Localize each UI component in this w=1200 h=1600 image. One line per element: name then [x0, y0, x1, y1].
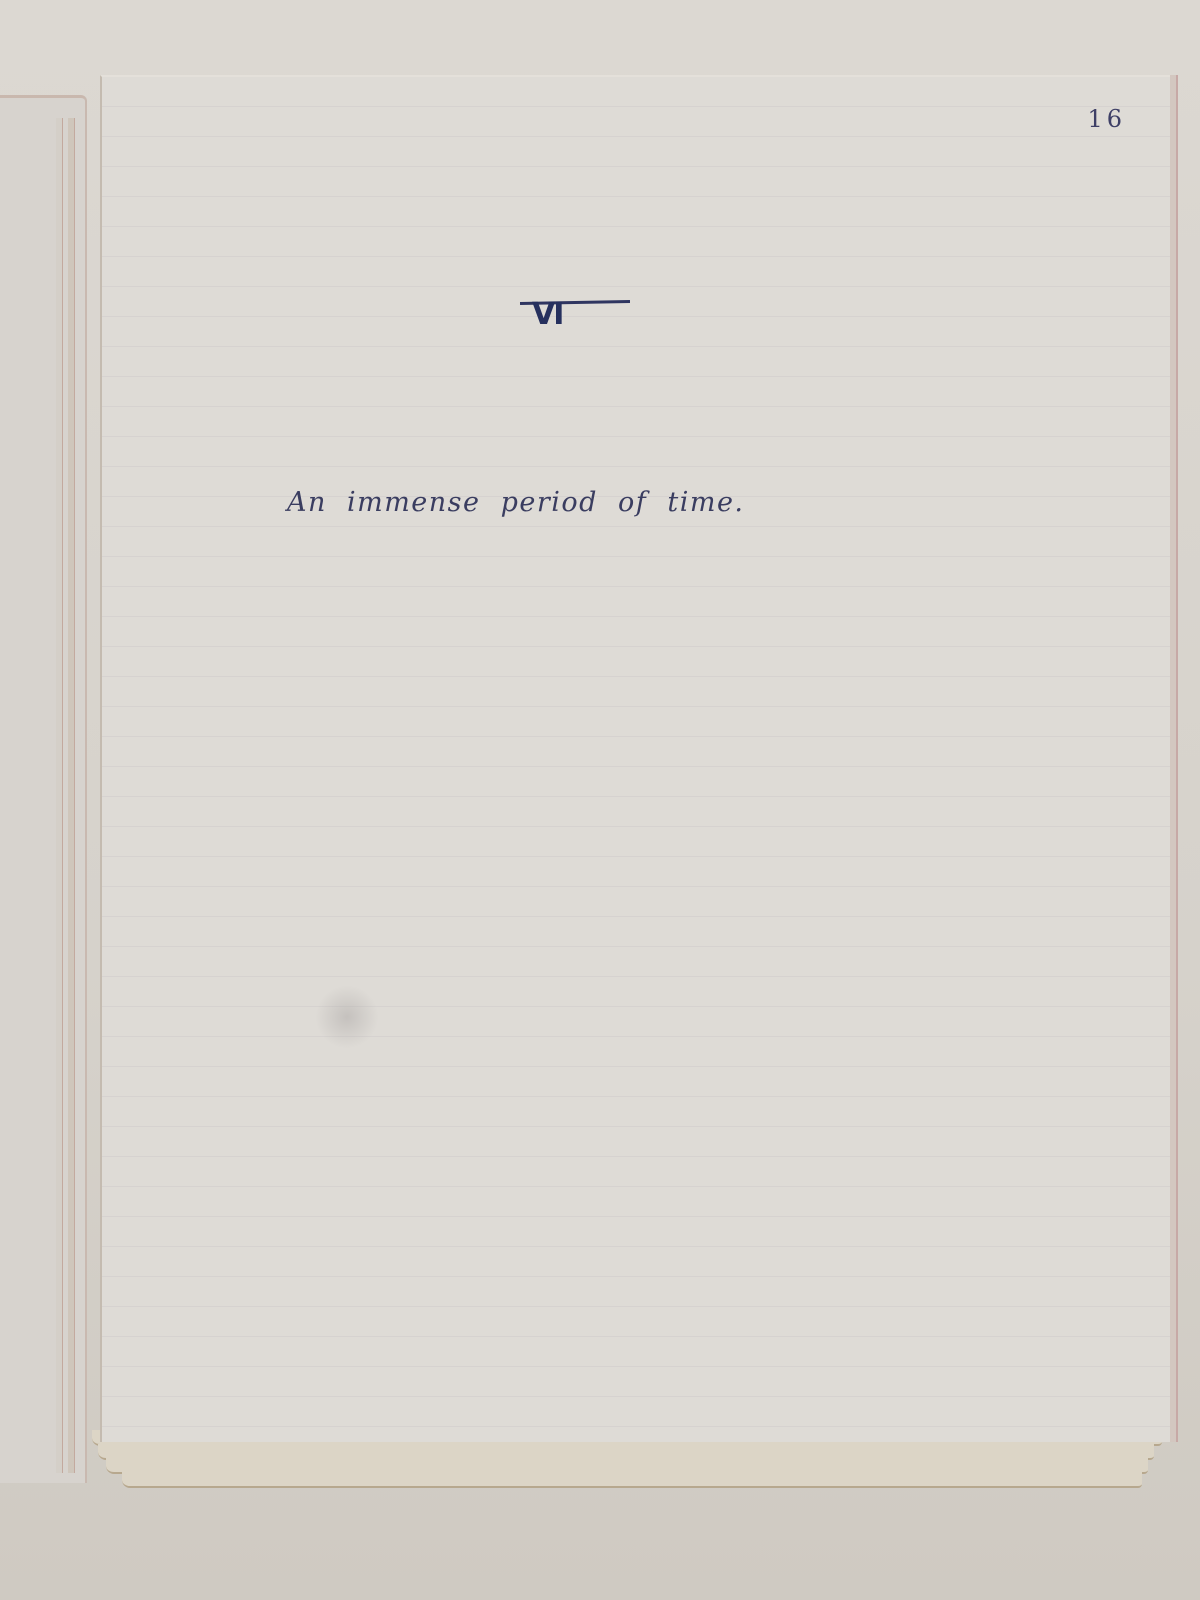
chapter-numeral: VI — [532, 297, 562, 332]
chapter-heading: VI — [520, 299, 630, 333]
page-edge — [56, 118, 63, 1473]
text-line: An immense period of time. — [287, 487, 745, 518]
adjacent-page-stack — [0, 95, 87, 1483]
sheet-edge — [122, 1472, 1142, 1488]
page-number: 16 — [1087, 105, 1126, 133]
page-edge — [68, 118, 75, 1473]
manuscript-page: 16 VI An immense period of time. — [100, 75, 1170, 1442]
photo-background: 16 VI An immense period of time. — [0, 0, 1200, 1600]
